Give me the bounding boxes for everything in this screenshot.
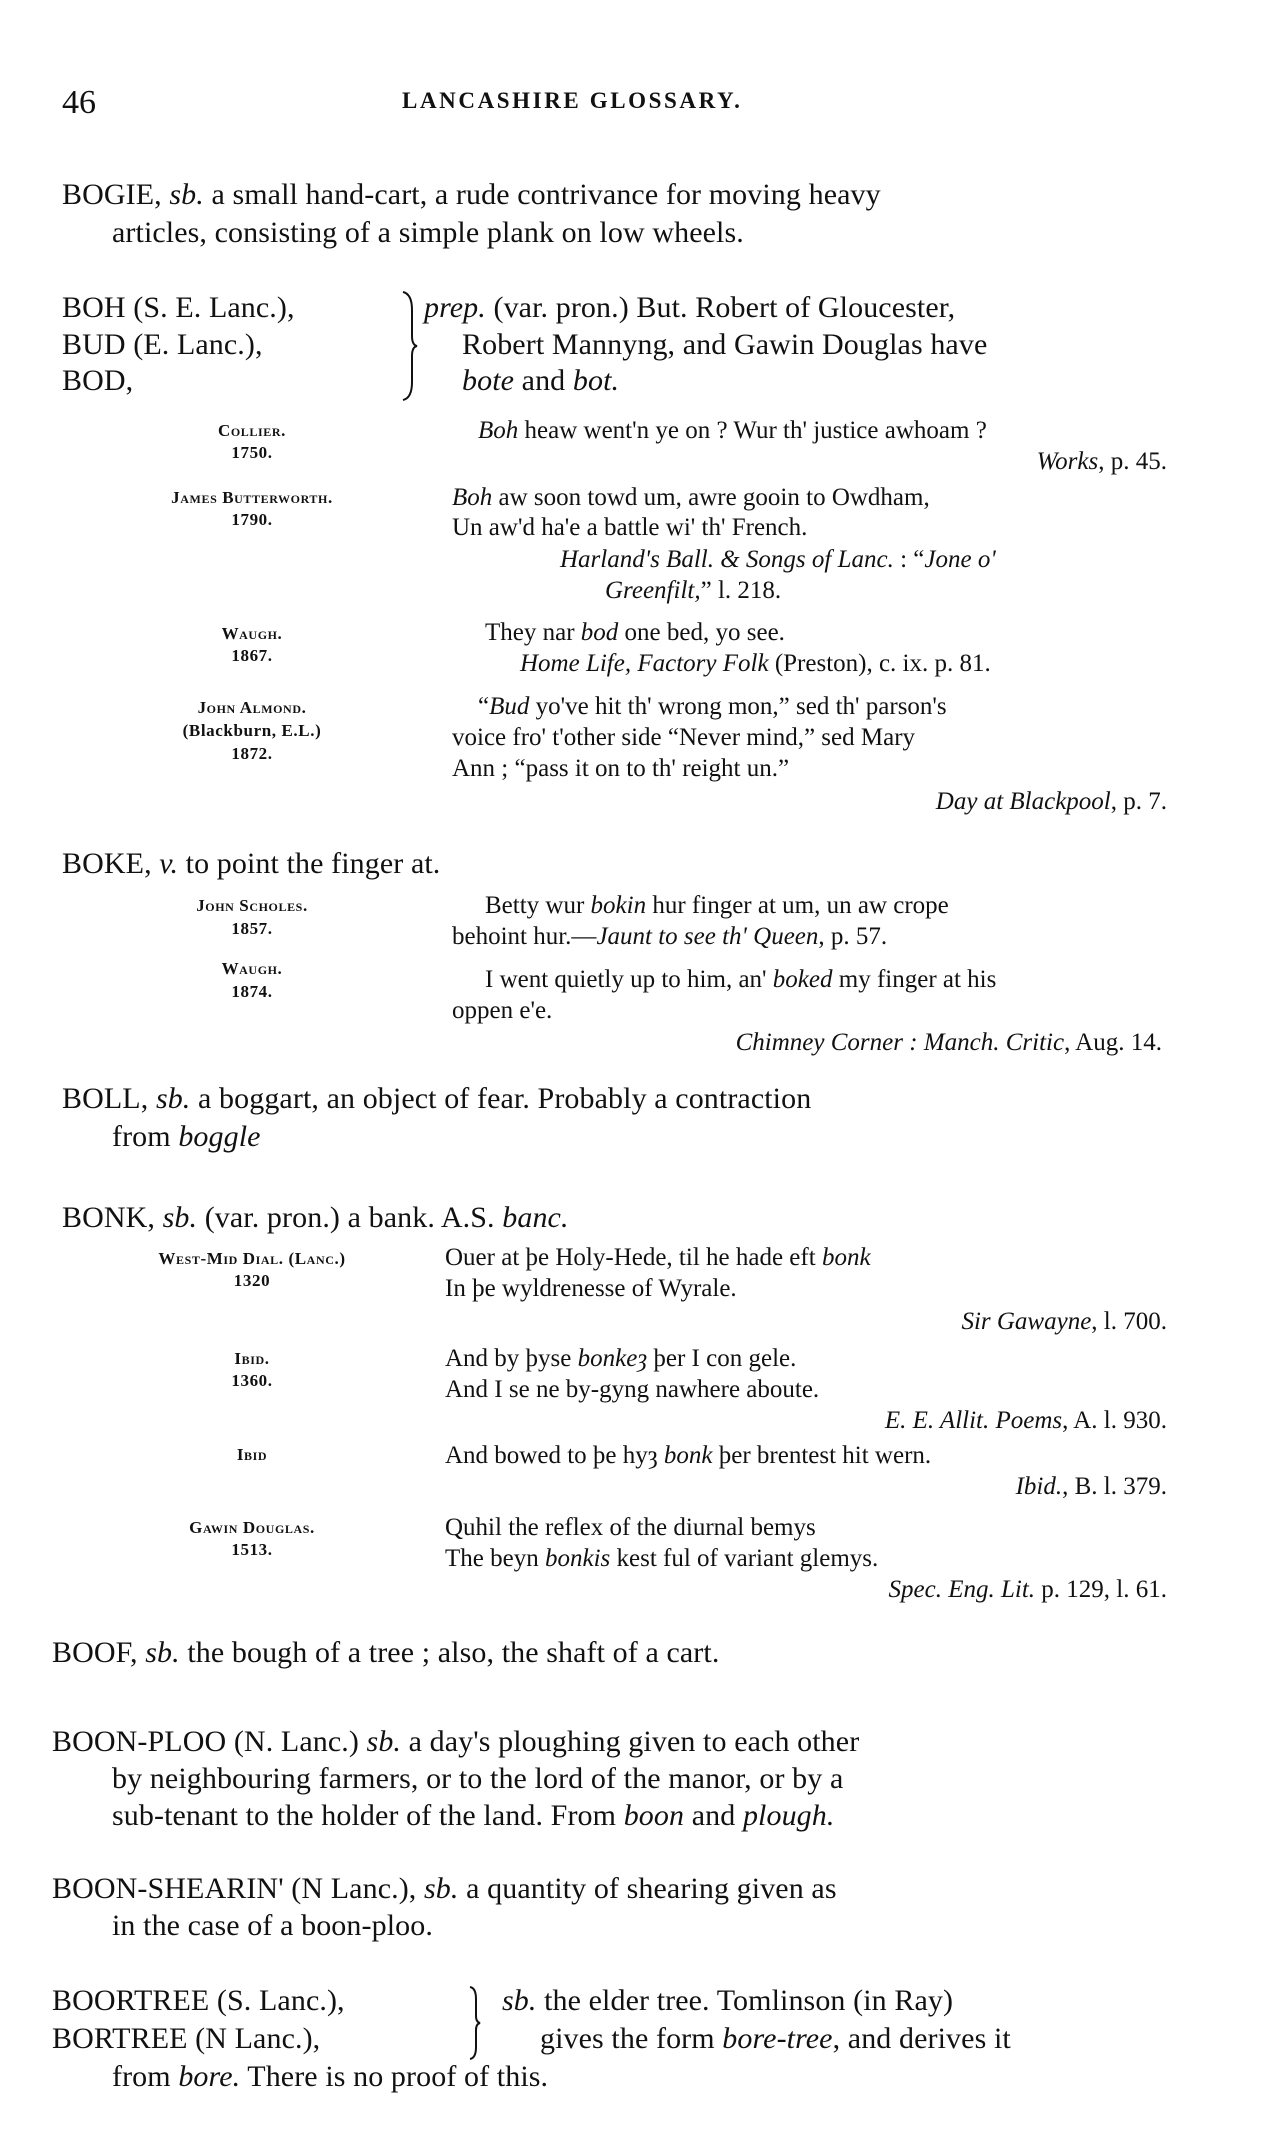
text: articles, consisting of a simple plank o… [112, 216, 744, 249]
text: BOOF, [52, 1636, 145, 1669]
quote-line: And I se ne by-gyng nawhere aboute. [445, 1377, 819, 1402]
grouping-brace-icon [400, 290, 420, 402]
italic-text: sb. [424, 1872, 458, 1905]
text: from [112, 2060, 178, 2093]
citation-source: Ibid., B. l. 379. [1016, 1474, 1167, 1499]
italic-text: Greenfilt, [605, 577, 701, 604]
quote-line: Betty wur bokin hur finger at um, un aw … [485, 893, 949, 918]
quote-line: Boh aw soon towd um, awre gooin to Owdha… [452, 485, 930, 510]
text: , A. l. 930. [1062, 1407, 1167, 1434]
italic-text: bokin [591, 892, 647, 919]
citation-source: Day at Blackpool, p. 7. [936, 789, 1167, 814]
text: hur finger at um, un aw crope [646, 892, 949, 919]
text: BOGIE, [62, 178, 169, 211]
text: (var. pron.) But. Robert of Gloucester, [486, 291, 955, 324]
italic-text: Works [1037, 448, 1099, 475]
text: oppen e'e. [452, 997, 552, 1024]
book-page: 46 LANCASHIRE GLOSSARY. BOGIE, sb. a sma… [0, 0, 1265, 2138]
italic-text: Jone o' [924, 546, 995, 573]
headword-form: BUD (E. Lanc.), [62, 330, 263, 360]
text: The beyn [445, 1545, 545, 1572]
italic-text: Ibid. [1016, 1473, 1063, 1500]
italic-text: boked [773, 966, 833, 993]
quote-line: And bowed to þe hyȝ bonk þer brentest hi… [445, 1443, 931, 1468]
italic-text: bore-tree [722, 2022, 832, 2055]
italic-text: bod [581, 619, 619, 646]
text: behoint hur.— [452, 923, 596, 950]
italic-text: v. [159, 847, 178, 880]
citation-source: Sir Gawayne, l. 700. [961, 1309, 1167, 1334]
citation-source: E. E. Allit. Poems, A. l. 930. [885, 1408, 1167, 1433]
definition-line: prep. (var. pron.) But. Robert of Glouce… [424, 293, 955, 323]
italic-text: bote [462, 364, 514, 397]
entry-line: BOLL, sb. a boggart, an object of fear. … [62, 1084, 811, 1114]
entry-line: BONK, sb. (var. pron.) a bank. A.S. banc… [62, 1203, 569, 1233]
text: kest ful of variant glemys. [610, 1545, 878, 1572]
entry-line: from bore. There is no proof of this. [112, 2062, 548, 2092]
entry-line: BOKE, v. to point the finger at. [62, 849, 440, 879]
text: a boggart, an object of fear. Probably a… [190, 1082, 811, 1115]
italic-text: Boh [452, 484, 492, 511]
italic-text: sb. [163, 1201, 197, 1234]
italic-text: plough. [743, 1799, 835, 1832]
quote-line: Un aw'd ha'e a battle wi' th' French. [452, 515, 807, 540]
italic-text: bonk [822, 1244, 871, 1271]
running-header: LANCASHIRE GLOSSARY. [402, 89, 742, 112]
text: sub-tenant to the holder of the land. Fr… [112, 1799, 624, 1832]
text: and [514, 364, 573, 397]
text: ” l. 218. [701, 577, 782, 604]
quote-line: Quhil the reflex of the diurnal bemys [445, 1515, 816, 1540]
text: And bowed to þe hyȝ [445, 1442, 664, 1469]
text: , and derives it [833, 2022, 1011, 2055]
italic-text: Jaunt to see th' Queen [596, 923, 818, 950]
citation-year: 1320 [102, 1272, 402, 1289]
italic-text: sb. [145, 1636, 179, 1669]
text: the elder tree. Tomlinson (in Ray) [536, 1984, 953, 2017]
text: my finger at his [833, 966, 997, 993]
italic-text: Sir Gawayne [961, 1308, 1091, 1335]
text: by neighbouring farmers, or to the lord … [112, 1762, 843, 1795]
text: the bough of a tree ; also, the shaft of… [180, 1636, 720, 1669]
italic-text: sb. [367, 1725, 401, 1758]
text: BOH (S. E. Lanc.), [62, 291, 295, 324]
quote-line: I went quietly up to him, an' boked my f… [485, 967, 996, 992]
citation-author: Waugh. [102, 625, 402, 642]
citation-source: Greenfilt,” l. 218. [605, 578, 781, 603]
text: There is no proof of this. [240, 2060, 548, 2093]
page-number: 46 [62, 86, 96, 120]
text: Robert Mannyng, and Gawin Douglas have [462, 328, 987, 361]
italic-text: boon [624, 1799, 684, 1832]
quote-line: voice fro' t'other side “Never mind,” se… [452, 725, 915, 750]
text: and [684, 1799, 743, 1832]
quote-line: They nar bod one bed, yo see. [485, 620, 785, 645]
text: aw soon towd um, awre gooin to Owdham, [492, 484, 929, 511]
text: BOON-PLOO (N. Lanc.) [52, 1725, 367, 1758]
entry-line: BOGIE, sb. a small hand-cart, a rude con… [62, 180, 881, 210]
grouping-brace-icon [468, 1985, 482, 2061]
italic-text: bot. [573, 364, 619, 397]
text: p. 129, l. 61. [1035, 1576, 1167, 1603]
text: BOD, [62, 364, 133, 397]
citation-source: Works, p. 45. [1037, 449, 1167, 474]
citation-author: Collier. [102, 422, 402, 439]
citation-year: 1874. [102, 983, 402, 1000]
citation-author: Ibid. [102, 1350, 402, 1367]
italic-text: bonk [664, 1442, 713, 1469]
entry-line: BOOF, sb. the bough of a tree ; also, th… [52, 1638, 719, 1668]
text: (Preston), c. ix. p. 81. [769, 650, 991, 677]
text: from [112, 1120, 178, 1153]
definition-line: Robert Mannyng, and Gawin Douglas have [462, 330, 987, 360]
text: in the case of a boon-ploo. [112, 1909, 433, 1942]
text: BOORTREE (S. Lanc.), [52, 1984, 345, 2017]
text: voice fro' t'other side “Never mind,” se… [452, 724, 915, 751]
citation-year: 1360. [102, 1372, 402, 1389]
text: And I se ne by-gyng nawhere aboute. [445, 1376, 819, 1403]
definition-line: bote and bot. [462, 366, 619, 396]
italic-text: Chimney Corner : Manch. Critic [736, 1029, 1064, 1056]
text: to point the finger at. [178, 847, 440, 880]
citation-place: (Blackburn, E.L.) [102, 722, 402, 739]
italic-text: E. E. Allit. Poems [885, 1407, 1062, 1434]
entry-line: from boggle [112, 1122, 261, 1152]
italic-text: bonkeȝ [578, 1345, 647, 1372]
text: BUD (E. Lanc.), [62, 328, 263, 361]
text: gives the form [540, 2022, 722, 2055]
text: a small hand-cart, a rude contrivance fo… [204, 178, 881, 211]
citation-year: 1750. [102, 444, 402, 461]
entry-line: articles, consisting of a simple plank o… [112, 218, 744, 248]
citation-year: 1872. [102, 745, 402, 762]
citation-source: Chimney Corner : Manch. Critic, Aug. 14. [736, 1030, 1162, 1055]
text: In þe wyldrenesse of Wyrale. [445, 1275, 737, 1302]
quote-line: And by þyse bonkeȝ þer I con gele. [445, 1346, 796, 1371]
italic-text: bore. [178, 2060, 240, 2093]
text: Quhil the reflex of the diurnal bemys [445, 1514, 816, 1541]
text: yo've hit th' wrong mon,” sed th' parson… [529, 693, 946, 720]
italic-text: Day at Blackpool [936, 788, 1111, 815]
citation-source: Home Life, Factory Folk (Preston), c. ix… [520, 651, 991, 676]
citation-year: 1513. [102, 1541, 402, 1558]
italic-text: bonkis [545, 1545, 610, 1572]
text: þer I con gele. [647, 1345, 796, 1372]
quote-line: Ann ; “pass it on to th' reight un.” [452, 756, 789, 781]
italic-text: sb. [169, 178, 203, 211]
text: , Aug. 14. [1064, 1029, 1162, 1056]
text: BOON-SHEARIN' (N Lanc.), [52, 1872, 424, 1905]
italic-text: boggle [178, 1120, 260, 1153]
text: , p. 45. [1098, 448, 1167, 475]
definition-line: sb. the elder tree. Tomlinson (in Ray) [502, 1986, 953, 2016]
text: one bed, yo see. [618, 619, 785, 646]
text: BONK, [62, 1201, 163, 1234]
quote-line: behoint hur.—Jaunt to see th' Queen, p. … [452, 924, 887, 949]
citation-year: 1857. [102, 920, 402, 937]
text: And by þyse [445, 1345, 578, 1372]
italic-text: sb. [502, 1984, 536, 2017]
text: , p. 57. [818, 923, 887, 950]
citation-author: John Almond. [102, 699, 402, 716]
headword-form: BORTREE (N Lanc.), [52, 2024, 320, 2054]
italic-text: Bud [489, 693, 529, 720]
italic-text: Harland's Ball. & Songs of Lanc. [560, 546, 894, 573]
definition-line: gives the form bore-tree, and derives it [540, 2024, 1011, 2054]
text: heaw went'n ye on ? Wur th' justice awho… [518, 417, 987, 444]
quote-line: In þe wyldrenesse of Wyrale. [445, 1276, 737, 1301]
headword-form: BOORTREE (S. Lanc.), [52, 1986, 345, 2016]
text: Ouer at þe Holy-Hede, til he hade eft [445, 1244, 822, 1271]
text: a day's ploughing given to each other [401, 1725, 859, 1758]
text: BOLL, [62, 1082, 156, 1115]
italic-text: Boh [478, 417, 518, 444]
text: : “ [894, 546, 925, 573]
citation-author: Ibid [102, 1446, 402, 1463]
italic-text: sb. [156, 1082, 190, 1115]
text: (var. pron.) a bank. A.S. [197, 1201, 502, 1234]
citation-source: Spec. Eng. Lit. p. 129, l. 61. [889, 1577, 1167, 1602]
text: BORTREE (N Lanc.), [52, 2022, 320, 2055]
entry-line: BOON-SHEARIN' (N Lanc.), sb. a quantity … [52, 1874, 837, 1904]
quote-line: oppen e'e. [452, 998, 552, 1023]
text: Ann ; “pass it on to th' reight un.” [452, 755, 789, 782]
quote-line: Boh heaw went'n ye on ? Wur th' justice … [478, 418, 987, 443]
text: , l. 700. [1091, 1308, 1167, 1335]
citation-author: James Butterworth. [102, 489, 402, 506]
text: , B. l. 379. [1062, 1473, 1167, 1500]
citation-author: Gawin Douglas. [102, 1519, 402, 1536]
entry-line: sub-tenant to the holder of the land. Fr… [112, 1801, 834, 1831]
citation-author: Waugh. [102, 960, 402, 977]
quote-line: “Bud yo've hit th' wrong mon,” sed th' p… [478, 694, 947, 719]
citation-year: 1867. [102, 647, 402, 664]
italic-text: prep. [424, 291, 486, 324]
entry-line: BOON-PLOO (N. Lanc.) sb. a day's ploughi… [52, 1727, 859, 1757]
text: “ [478, 693, 489, 720]
quote-line: Ouer at þe Holy-Hede, til he hade eft bo… [445, 1245, 871, 1270]
italic-text: banc. [502, 1201, 568, 1234]
entry-line: by neighbouring farmers, or to the lord … [112, 1764, 843, 1794]
text: BOKE, [62, 847, 159, 880]
text: Betty wur [485, 892, 591, 919]
headword-form: BOH (S. E. Lanc.), [62, 293, 295, 323]
headword-form: BOD, [62, 366, 133, 396]
citation-author: West-Mid Dial. (Lanc.) [102, 1250, 402, 1267]
text: þer brentest hit wern. [712, 1442, 931, 1469]
text: , p. 7. [1111, 788, 1167, 815]
entry-line: in the case of a boon-ploo. [112, 1911, 433, 1941]
citation-author: John Scholes. [102, 897, 402, 914]
text: Un aw'd ha'e a battle wi' th' French. [452, 514, 807, 541]
quote-line: The beyn bonkis kest ful of variant glem… [445, 1546, 878, 1571]
text: They nar [485, 619, 581, 646]
italic-text: Home Life, Factory Folk [520, 650, 769, 677]
citation-year: 1790. [102, 511, 402, 528]
citation-source: Harland's Ball. & Songs of Lanc. : “Jone… [560, 547, 996, 572]
italic-text: Spec. Eng. Lit. [889, 1576, 1036, 1603]
text: I went quietly up to him, an' [485, 966, 773, 993]
text: a quantity of shearing given as [459, 1872, 837, 1905]
